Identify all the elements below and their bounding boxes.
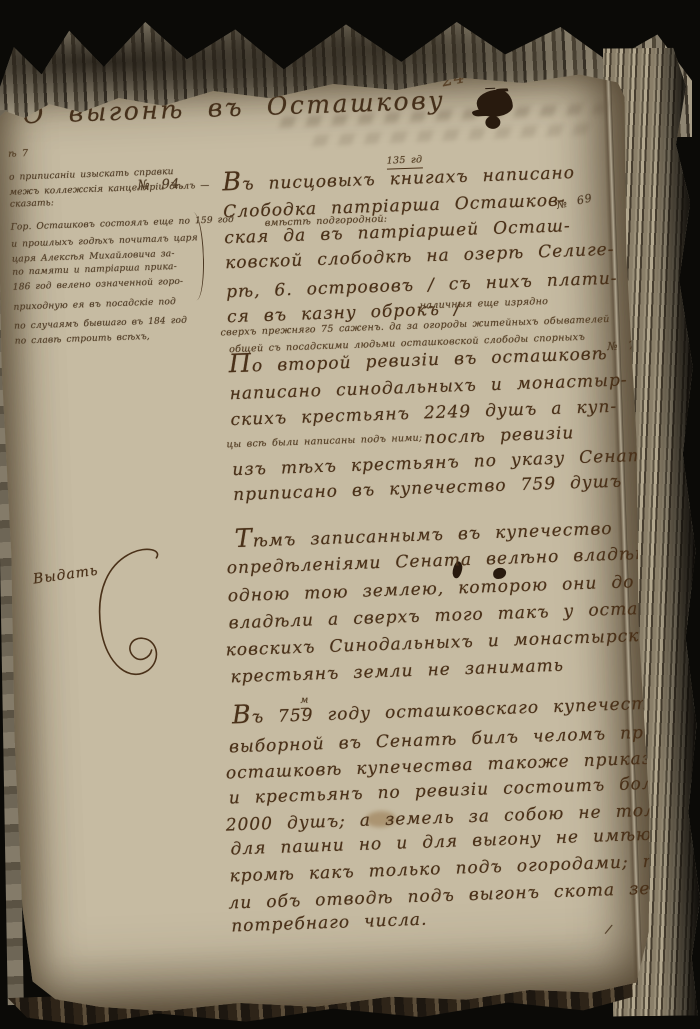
interlinear-insert: 135 гд bbox=[386, 154, 422, 169]
margin-note-line: по случаямъ бывшаго въ 184 год bbox=[14, 315, 187, 333]
body-line: потребнаго числа. bbox=[231, 907, 428, 940]
margin-ref-number: № 94. bbox=[137, 177, 185, 194]
interlinear-insert: м bbox=[300, 695, 309, 709]
interlinear-insert: цы всѣ были написаны подъ ними; bbox=[226, 433, 422, 452]
margin-note-line: 186 год велено означенной горо- bbox=[13, 276, 184, 294]
bleed-through-marks bbox=[312, 123, 596, 146]
manuscript-page: О выгонѣ въ Осташкову 24 1 ѣ 7 о приписа… bbox=[0, 69, 656, 1018]
page-background: О выгонѣ въ Осташкову 24 1 ѣ 7 о приписа… bbox=[0, 0, 700, 1029]
corner-pen-mark: / bbox=[605, 922, 613, 937]
margin-flourish-word: Выдать bbox=[32, 563, 99, 588]
paraph-flourish-icon bbox=[92, 548, 171, 690]
margin-note-line: приходную ея въ посадскіе под bbox=[13, 296, 176, 314]
margin-note-line: по славѣ строить всѣхъ, bbox=[15, 331, 151, 348]
margin-note-line: сказать: bbox=[10, 197, 55, 211]
ink-blot-large bbox=[476, 89, 513, 117]
shelf-mark: ѣ 7 bbox=[8, 148, 29, 161]
